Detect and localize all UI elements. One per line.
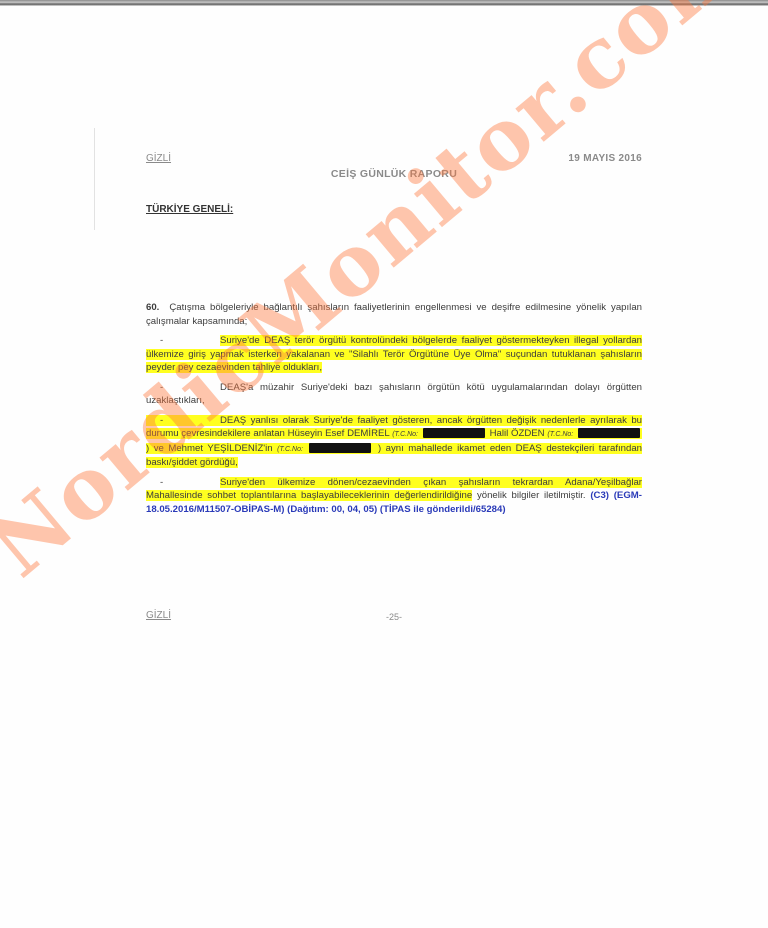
list-item: -DEAŞ yanlısı olarak Suriye'de faaliyet … bbox=[146, 414, 642, 470]
highlighted-text: ) ve Mehmet YEŞİLDENİZ'in bbox=[146, 443, 273, 454]
list-item: -DEAŞ'a müzahir Suriye'deki bazı şahısla… bbox=[146, 381, 642, 408]
window-top-border bbox=[0, 0, 768, 6]
page-margin-line bbox=[94, 128, 95, 230]
dash: - bbox=[146, 414, 180, 428]
tc-label: (T.C.No: bbox=[392, 431, 418, 438]
redaction-box bbox=[423, 428, 485, 438]
report-body: 60. Çatışma bölgeleriyle bağlantılı şahı… bbox=[146, 301, 642, 522]
dash: - bbox=[146, 334, 180, 348]
page-number: -25- bbox=[146, 612, 642, 622]
paragraph-number: 60. bbox=[146, 302, 159, 313]
header-classification: GİZLİ bbox=[146, 153, 171, 164]
tc-label: (T.C.No: bbox=[277, 446, 303, 453]
item-text: DEAŞ'a müzahir Suriye'deki bazı şahıslar… bbox=[146, 382, 642, 407]
section-title: TÜRKİYE GENELİ: bbox=[146, 204, 233, 215]
paragraph-intro: 60. Çatışma bölgeleriyle bağlantılı şahı… bbox=[146, 301, 642, 328]
dash: - bbox=[146, 476, 180, 490]
list-item: -Suriye'den ülkemize dönen/cezaevinden ç… bbox=[146, 476, 642, 517]
highlighted-text: Halil ÖZDEN bbox=[490, 428, 545, 439]
redaction-box bbox=[578, 428, 640, 438]
list-item: -Suriye'de DEAŞ terör örgütü kontrolünde… bbox=[146, 334, 642, 375]
highlighted-text: Suriye'de DEAŞ terör örgütü kontrolündek… bbox=[146, 335, 642, 373]
tc-label: (T.C.No: bbox=[547, 431, 573, 438]
item-text: yönelik bilgiler iletilmiştir. bbox=[477, 490, 586, 501]
dash: - bbox=[146, 381, 180, 395]
intro-text: Çatışma bölgeleriyle bağlantılı şahıslar… bbox=[146, 302, 642, 327]
report-title: CEİŞ GÜNLÜK RAPORU bbox=[146, 168, 642, 180]
redaction-box bbox=[309, 443, 371, 453]
header-date: 19 MAYIS 2016 bbox=[568, 153, 642, 164]
